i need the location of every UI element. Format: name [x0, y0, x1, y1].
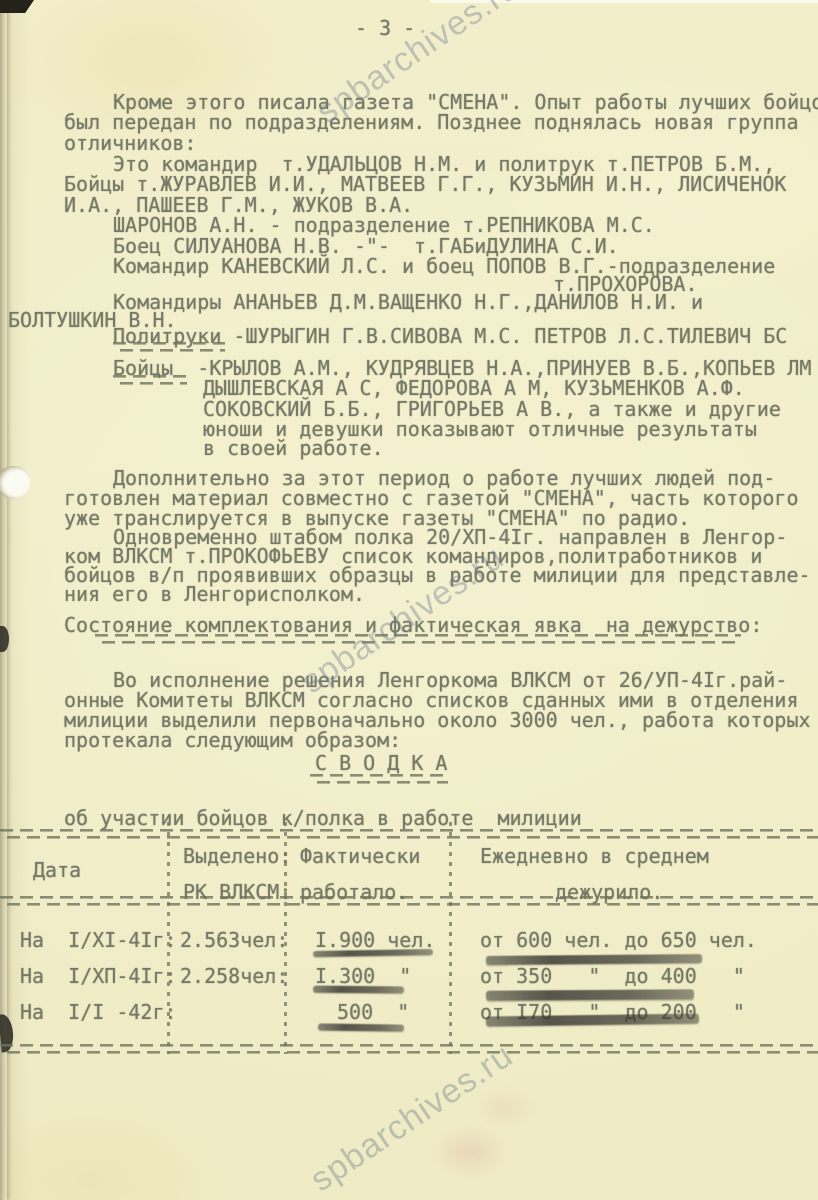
dashed-rule: [310, 774, 448, 784]
dashed-rule: [95, 634, 741, 644]
table-column-separator: [167, 822, 170, 1054]
text-line: был передан по подразделениям. Позднее п…: [64, 112, 799, 132]
dashed-rule: [0, 896, 818, 906]
text-line: ШАРОНОВ А.Н. - подразделение т.РЕПНИКОВА…: [113, 215, 655, 235]
table-header-cell: Дата: [33, 860, 81, 880]
edge-mark-1: [0, 626, 9, 652]
dashed-rule: [113, 342, 225, 352]
summary-title: С В О Д К А: [315, 753, 447, 773]
text-line: Боец СИЛУАНОВА Н.В. -"- т.ГАБиДУЛИНА С.И…: [113, 236, 619, 256]
scan-corner-artifact: [0, 0, 34, 13]
table-header-cell: Фактически: [300, 846, 420, 866]
dashed-rule: [113, 375, 187, 385]
pencil-underline: [313, 986, 404, 994]
table-header-cell: Ежедневно в среднем: [480, 846, 709, 866]
pencil-underline: [486, 954, 702, 965]
text-line: Бойцы т.ЖУРАВЛЕВ И.И., МАТВЕЕВ Г.Г., КУЗ…: [64, 174, 786, 194]
text-line: Дополнительно за этот период о работе лу…: [113, 468, 775, 488]
table-cell: от 350 " до 400 ": [480, 966, 745, 986]
hole-punch: [0, 466, 31, 499]
text-line: СОКОВСКИЙ Б.Б., ГРИГОРЬЕВ А В., а также …: [203, 399, 781, 419]
text-line: протекала следующим образом:: [64, 730, 401, 750]
pencil-underline: [318, 1023, 404, 1031]
pencil-underline: [486, 989, 694, 1000]
text-line: Командиры АНАНЬЕВ Д.М.ВАЩЕНКО Н.Г.,ДАНИЛ…: [113, 292, 703, 312]
text-line: готовлен материал совместно с газетой "С…: [64, 488, 799, 508]
table-cell: I.900 чел.: [315, 930, 435, 950]
text-line: в своей работе.: [203, 438, 384, 458]
text-line: ДЫШЛЕВСКАЯ А С, ФЕДОРОВА А М, КУЗЬМЕНКОВ…: [203, 378, 745, 398]
table-cell: от 600 чел. до 650 чел.: [480, 930, 757, 950]
text-line: онные Комитеты ВЛКСМ согласно списков сд…: [64, 690, 799, 710]
table-cell: 500 ": [337, 1002, 409, 1022]
table-cell: 2.563чел:: [180, 930, 288, 950]
text-line: Это командир т.УДАЛЬЦОВ Н.М. и политрук …: [113, 154, 775, 174]
table-header-cell: Выделено:: [183, 846, 291, 866]
document-scan-page: - 3 -Кроме этого писала газета "СМЕНА". …: [0, 0, 818, 1200]
dashed-rule: [0, 1044, 818, 1054]
table-cell: I.300 ": [315, 966, 411, 986]
table-cell: На I/ХП-4Iг:: [20, 966, 177, 986]
pencil-underline: [313, 949, 433, 957]
table-cell: 2.258чел:: [180, 966, 288, 986]
text-line: отличников:: [64, 133, 196, 153]
text-line: И.А., ПАШЕЕВ Г.М., ЖУКОВ В.А.: [64, 195, 413, 215]
table-cell: На I/ХI-4Iг:: [20, 930, 177, 950]
watermark-bottom: spbarchives.ru: [304, 1036, 521, 1200]
text-line: Во исполнение решения Ленгоркома ВЛКСМ о…: [113, 670, 787, 690]
text-line: ния его в Ленгорисполком.: [64, 584, 365, 604]
table-cell: На I/I -42г:: [20, 1002, 177, 1022]
table-column-separator: [284, 822, 287, 1054]
dashed-rule: [0, 829, 818, 839]
table-column-separator: [449, 822, 452, 1054]
text-line: милиции выделили первоначально около 300…: [64, 710, 811, 730]
text-line: Кроме этого писала газета "СМЕНА". Опыт …: [113, 92, 818, 112]
table-caption: об участии бойцов к/полка в работе милиц…: [64, 808, 582, 828]
pencil-underline: [486, 1014, 699, 1027]
text-line: Бойцы -КРЫЛОВ А.М., КУДРЯВЦЕВ Н.А.,ПРИНУ…: [113, 358, 811, 378]
